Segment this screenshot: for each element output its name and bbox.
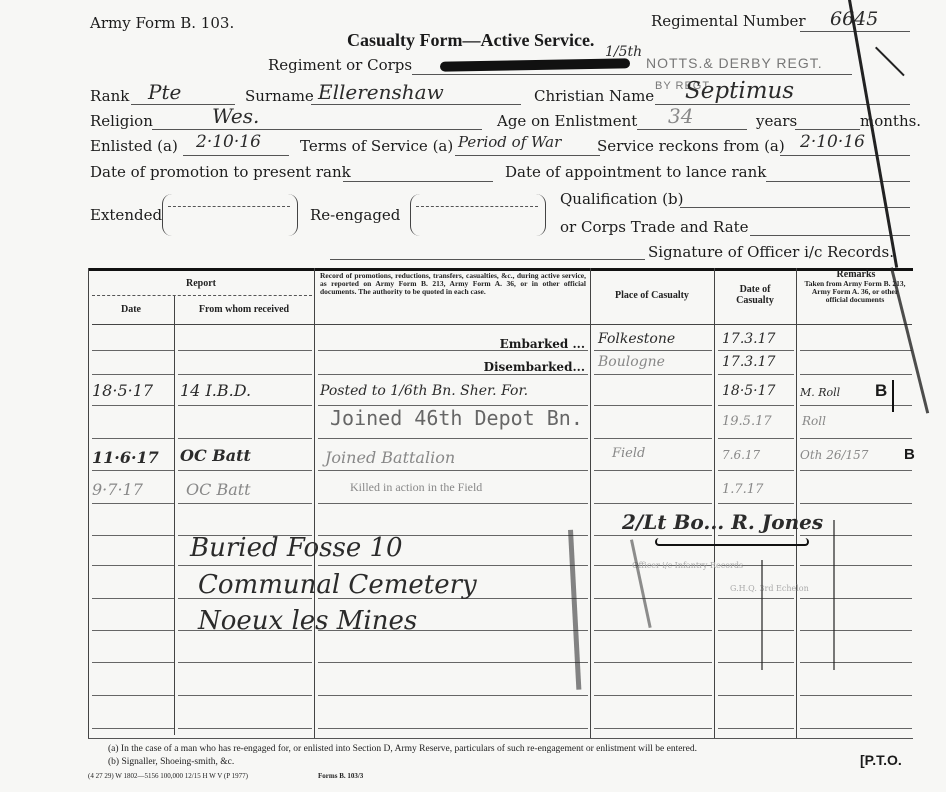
row-embarked-record: Embarked ... <box>440 337 585 351</box>
table-rule <box>92 350 174 351</box>
row-posted-record: Posted to 1/6th Bn. Sher. For. <box>320 383 528 399</box>
christian-name-label: Christian Name <box>534 87 654 105</box>
row-posted-remarks: M. Roll <box>800 386 840 399</box>
surname-label: Surname <box>245 87 314 105</box>
table-rule <box>718 598 794 599</box>
form-number: Army Form B. 103. <box>90 14 234 32</box>
table-rule <box>178 470 312 471</box>
table-rule <box>800 350 912 351</box>
religion-value: Wes. <box>212 104 259 128</box>
row-depot-stamp: Joined 46th Depot Bn. <box>330 406 583 430</box>
table-rule <box>318 438 588 439</box>
terms-value: Period of War <box>458 133 561 151</box>
table-rule <box>800 405 912 406</box>
header-place: Place of Casualty <box>590 290 714 301</box>
check-mark <box>875 47 905 77</box>
trade-label: or Corps Trade and Rate <box>560 218 749 236</box>
table-rule <box>92 630 174 631</box>
table-rule <box>594 598 712 599</box>
table-rule <box>178 438 312 439</box>
table-rule <box>718 470 794 471</box>
table-rule <box>318 503 588 504</box>
officer-signature: 2/Lt Bo... R. Jones <box>622 510 823 534</box>
row-depot-cdate: 19.5.17 <box>722 414 772 429</box>
table-rule <box>92 374 174 375</box>
qualification-label: Qualification (b) <box>560 190 683 208</box>
header-date-casualty: Date of Casualty <box>722 284 788 306</box>
table-rule <box>92 662 174 663</box>
table-rule <box>178 565 312 566</box>
terms-label: Terms of Service (a) <box>300 137 453 155</box>
table-rule <box>800 728 912 729</box>
reengaged-label: Re-engaged <box>310 206 400 224</box>
table-rule <box>92 438 174 439</box>
rank-value: Pte <box>148 80 181 104</box>
table-rule <box>178 728 312 729</box>
table-rule <box>800 374 912 375</box>
table-rule <box>718 630 794 631</box>
table-rule <box>718 503 794 504</box>
row-joined-remarks: Oth 26/157 <box>800 448 868 462</box>
table-rule <box>318 662 588 663</box>
table-rule <box>318 470 588 471</box>
extended-label: Extended <box>90 206 162 224</box>
table-rule <box>718 438 794 439</box>
table-rule <box>800 630 912 631</box>
row-joined-from: OC Batt <box>180 446 251 465</box>
regiment-label: Regiment or Corps <box>268 56 412 74</box>
religion-label: Religion <box>90 112 153 130</box>
row-disembarked-place: Boulogne <box>598 354 665 370</box>
header-record: Record of promotions, reductions, transf… <box>320 272 586 296</box>
row-killed-from: OC Batt <box>186 480 251 499</box>
age-label: Age on Enlistment <box>497 112 637 130</box>
table-rule <box>178 695 312 696</box>
row-disembarked-date: 17.3.17 <box>722 354 775 370</box>
row-killed-cdate: 1.7.17 <box>722 482 763 497</box>
enlisted-value: 2·10·16 <box>196 132 261 152</box>
reckons-label: Service reckons from (a) <box>597 137 785 155</box>
table-rule <box>178 350 312 351</box>
table-rule <box>92 565 174 566</box>
years-label: years <box>756 112 797 130</box>
table-rule <box>718 695 794 696</box>
table-rule <box>718 374 794 375</box>
table-rule <box>800 662 912 663</box>
signature-flourish <box>655 538 809 546</box>
table-rule <box>594 630 712 631</box>
row-joined-mark: B <box>904 446 915 463</box>
table-rule <box>178 662 312 663</box>
table-rule <box>178 405 312 406</box>
row-posted-mark: B <box>875 381 887 401</box>
forms-code: Forms B. 103/3 <box>318 772 363 780</box>
table-rule <box>178 374 312 375</box>
ink-smudge <box>761 560 763 670</box>
table-rule <box>594 405 712 406</box>
table-rule <box>318 728 588 729</box>
table-rule <box>318 695 588 696</box>
table-rule <box>594 470 712 471</box>
row-posted-date: 18·5·17 <box>92 381 153 400</box>
ink-smudge <box>568 530 581 690</box>
row-joined-cdate: 7.6.17 <box>722 448 760 462</box>
surname-value: Ellerenshaw <box>318 80 444 104</box>
header-from-whom: From whom received <box>174 304 314 315</box>
table-rule <box>594 535 712 536</box>
table-rule <box>800 438 912 439</box>
table-rule <box>318 374 588 375</box>
header-report: Report <box>88 278 314 289</box>
table-rule <box>594 438 712 439</box>
table-rule <box>318 565 588 566</box>
regimental-number-label: Regimental Number <box>651 12 806 30</box>
ink-smudge <box>630 539 652 628</box>
row-joined-date: 11·6·17 <box>92 448 159 467</box>
ink-smudge <box>833 520 835 670</box>
pto-label: [P.T.O. <box>860 752 902 768</box>
christian-name-value: Septimus <box>685 78 794 104</box>
row-posted-cdate: 18·5·17 <box>722 383 775 399</box>
table-rule <box>800 503 912 504</box>
reckons-value: 2·10·16 <box>800 132 865 152</box>
table-rule <box>92 503 174 504</box>
table-rule <box>92 728 174 729</box>
form-title: Casualty Form—Active Service. <box>347 30 594 51</box>
extended-brace <box>162 194 298 236</box>
row-depot-remarks: Roll <box>802 414 826 428</box>
regiment-stamp: NOTTS.& DERBY REGT. <box>646 55 823 71</box>
table-rule <box>92 598 174 599</box>
table-rule <box>718 662 794 663</box>
lance-label: Date of appointment to lance rank <box>505 163 766 181</box>
row-killed-record: Killed in action in the Field <box>350 480 482 495</box>
table-rule <box>800 470 912 471</box>
faint-stamp-ghq: G.H.Q. 3rd Echelon <box>730 584 809 593</box>
header-date: Date <box>88 304 174 315</box>
table-rule <box>718 405 794 406</box>
table-rule <box>594 374 712 375</box>
table-rule <box>718 350 794 351</box>
row-embarked-date: 17.3.17 <box>722 331 775 347</box>
table-rule <box>92 470 174 471</box>
promotion-label: Date of promotion to present rank <box>90 163 351 181</box>
row-killed-date: 9·7·17 <box>92 480 143 499</box>
footnote-b: (b) Signaller, Shoeing-smith, &c. <box>108 757 234 767</box>
burial-line-1: Buried Fosse 10 <box>190 533 403 563</box>
reengaged-brace <box>410 194 546 236</box>
regiment-handwritten: 1/5th <box>605 44 642 60</box>
table-rule <box>718 535 794 536</box>
table-rule <box>92 695 174 696</box>
table-rule <box>594 350 712 351</box>
table-rule <box>594 662 712 663</box>
footnote-a: (a) In the case of a man who has re-enga… <box>108 744 697 754</box>
faint-stamp-records: Officer i/c Infantry Records <box>632 561 743 570</box>
table-rule <box>594 695 712 696</box>
table-rule <box>800 598 912 599</box>
row-joined-place: Field <box>612 446 645 461</box>
table-rule <box>718 728 794 729</box>
rank-label: Rank <box>90 87 129 105</box>
table-rule <box>594 728 712 729</box>
row-joined-record: Joined Battalion <box>325 448 455 467</box>
redaction-scribble <box>440 58 630 71</box>
table-rule <box>800 535 912 536</box>
table-rule <box>800 695 912 696</box>
table-rule <box>594 503 712 504</box>
burial-line-2: Communal Cemetery <box>198 570 477 600</box>
row-posted-from: 14 I.B.D. <box>180 381 251 400</box>
age-value: 34 <box>668 104 693 128</box>
table-rule <box>800 565 912 566</box>
table-rule <box>178 503 312 504</box>
print-code: (4 27 29) W 1802—5156 100,000 12/15 H W … <box>88 772 248 780</box>
table-rule <box>92 535 174 536</box>
row-embarked-place: Folkestone <box>598 331 675 347</box>
enlisted-label: Enlisted (a) <box>90 137 178 155</box>
row-disembarked-record: Disembarked... <box>440 360 585 374</box>
table-rule <box>92 405 174 406</box>
signature-label: Signature of Officer i/c Records. <box>648 243 894 261</box>
burial-line-3: Noeux les Mines <box>198 606 417 636</box>
